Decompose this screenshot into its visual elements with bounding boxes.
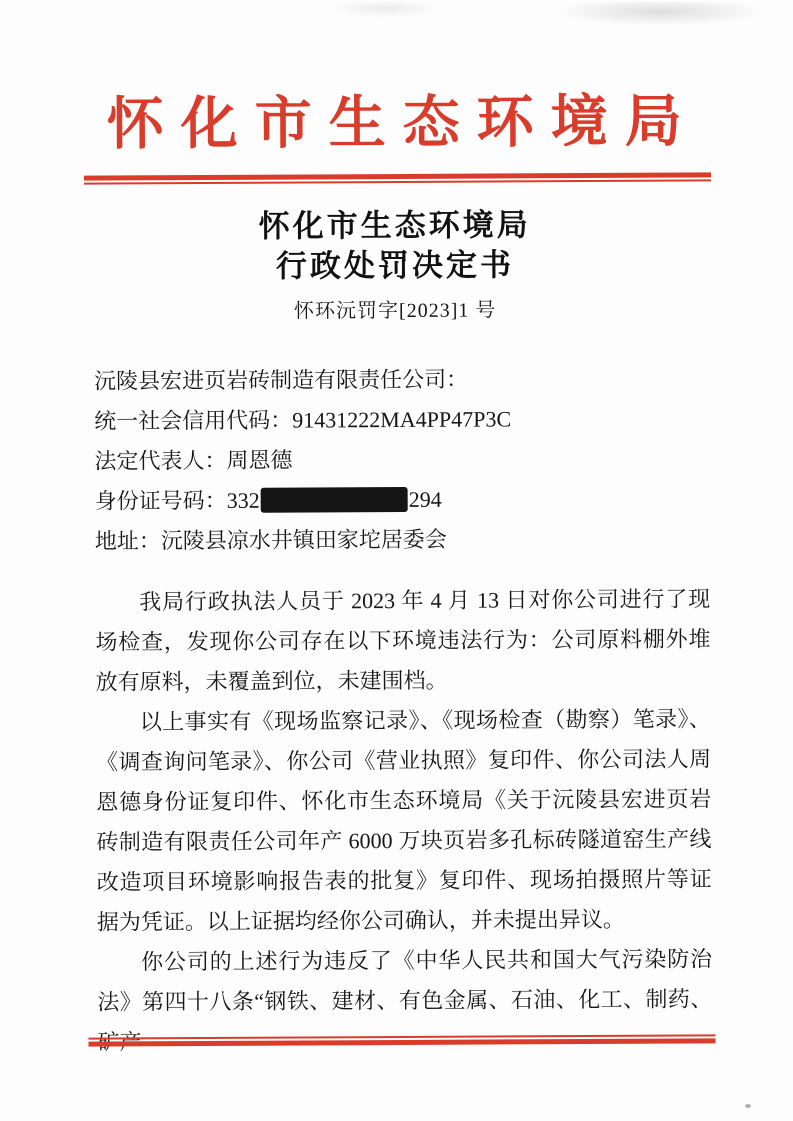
document-title-line1: 怀化市生态环境局 bbox=[0, 204, 791, 248]
document-title-line2: 行政处罚决定书 bbox=[0, 244, 792, 288]
recipient-id-line: 身份证号码：332294 bbox=[95, 478, 710, 521]
recipient-credit-code-line: 统一社会信用代码：91431222MA4PP47P3C bbox=[94, 398, 709, 441]
letterhead-title: 怀化市生态环境局 bbox=[0, 86, 791, 162]
recipient-address-line: 地址：沅陵县凉水井镇田家坨居委会 bbox=[95, 518, 710, 561]
redaction-box bbox=[261, 487, 408, 513]
recipient-legal-rep-line: 法定代表人：周恩德 bbox=[94, 438, 709, 481]
recipient-id-suffix: 294 bbox=[409, 487, 442, 512]
document-number: 怀环沅罚字[2023]1 号 bbox=[0, 292, 792, 325]
header-rule bbox=[84, 172, 711, 184]
recipient-company-line: 沅陵县宏进页岩砖制造有限责任公司： bbox=[94, 358, 709, 401]
document-body: 我局行政执法人员于 2023 年 4 月 13 日对你公司进行了现场检查，发现你… bbox=[95, 579, 713, 1062]
recipient-block: 沅陵县宏进页岩砖制造有限责任公司： 统一社会信用代码：91431222MA4PP… bbox=[94, 358, 710, 561]
recipient-id-prefix: 身份证号码：332 bbox=[95, 488, 260, 514]
body-paragraph-2: 以上事实有《现场监察记录》、《现场检查（勘察）笔录》、《调查询问笔录》、你公司《… bbox=[96, 699, 712, 942]
body-paragraph-1: 我局行政执法人员于 2023 年 4 月 13 日对你公司进行了现场检查，发现你… bbox=[95, 579, 711, 702]
document-page: 怀化市生态环境局 怀化市生态环境局 行政处罚决定书 怀环沅罚字[2023]1 号… bbox=[0, 0, 793, 1121]
document-title: 怀化市生态环境局 行政处罚决定书 bbox=[0, 204, 792, 288]
